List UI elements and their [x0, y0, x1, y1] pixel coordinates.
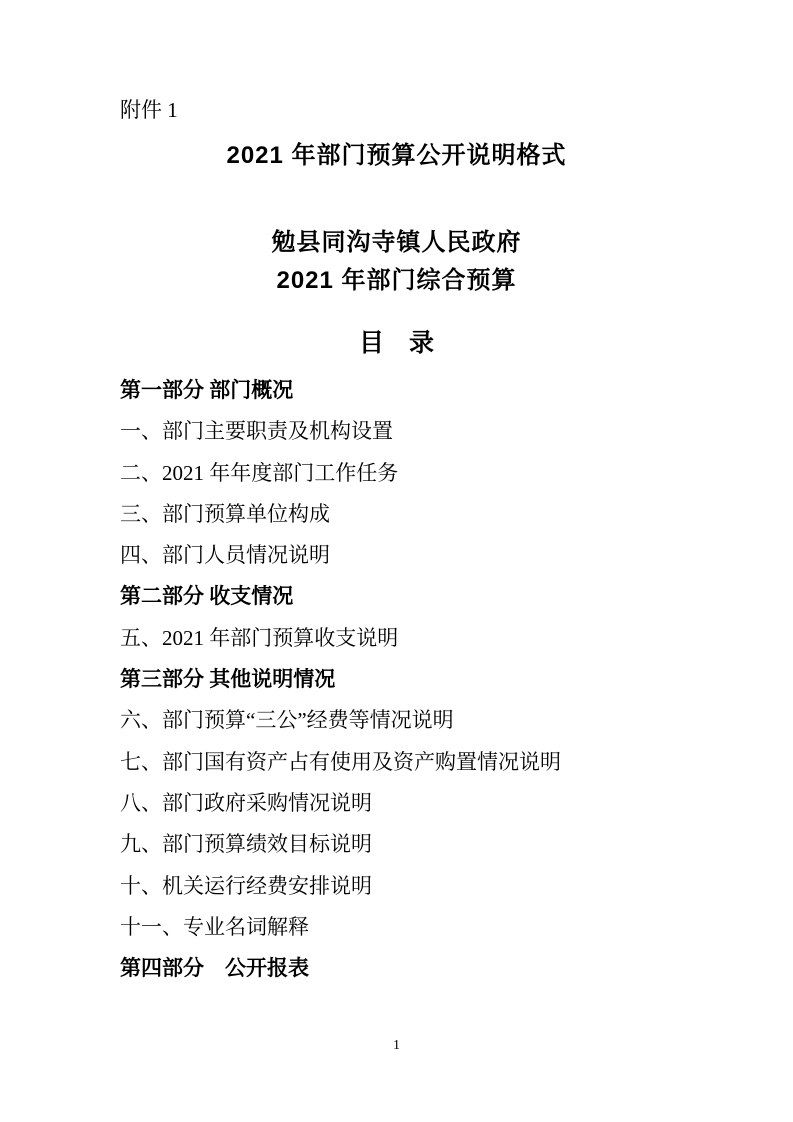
toc-item-5: 五、2021 年部门预算收支说明: [120, 625, 703, 666]
toc-item-9: 九、部门预算绩效目标说明: [120, 831, 703, 872]
table-of-contents: 第一部分 部门概况 一、部门主要职责及机构设置 二、2021 年年度部门工作任务…: [120, 377, 703, 996]
toc-section-part1: 第一部分 部门概况: [120, 377, 703, 418]
toc-item-7: 七、部门国有资产占有使用及资产购置情况说明: [120, 749, 703, 790]
toc-item-1: 一、部门主要职责及机构设置: [120, 418, 703, 459]
toc-section-part3: 第三部分 其他说明情况: [120, 666, 703, 707]
toc-heading: 目 录: [0, 329, 793, 359]
toc-item-3: 三、部门预算单位构成: [120, 501, 703, 542]
toc-item-8: 八、部门政府采购情况说明: [120, 790, 703, 831]
document-format-title: 2021 年部门预算公开说明格式: [0, 141, 793, 171]
attachment-label: 附件 1: [120, 97, 178, 123]
toc-section-part2: 第二部分 收支情况: [120, 583, 703, 624]
toc-item-10: 十、机关运行经费安排说明: [120, 873, 703, 914]
page-number: 1: [0, 1037, 793, 1055]
toc-item-4: 四、部门人员情况说明: [120, 542, 703, 583]
toc-item-11: 十一、专业名词解释: [120, 914, 703, 955]
budget-title: 2021 年部门综合预算: [0, 266, 793, 296]
organization-name: 勉县同沟寺镇人民政府: [0, 228, 793, 258]
toc-section-part4: 第四部分 公开报表: [120, 955, 703, 996]
document-page: 附件 1 2021 年部门预算公开说明格式 勉县同沟寺镇人民政府 2021 年部…: [0, 0, 793, 1122]
toc-item-2: 二、2021 年年度部门工作任务: [120, 460, 703, 501]
toc-item-6: 六、部门预算“三公”经费等情况说明: [120, 707, 703, 748]
